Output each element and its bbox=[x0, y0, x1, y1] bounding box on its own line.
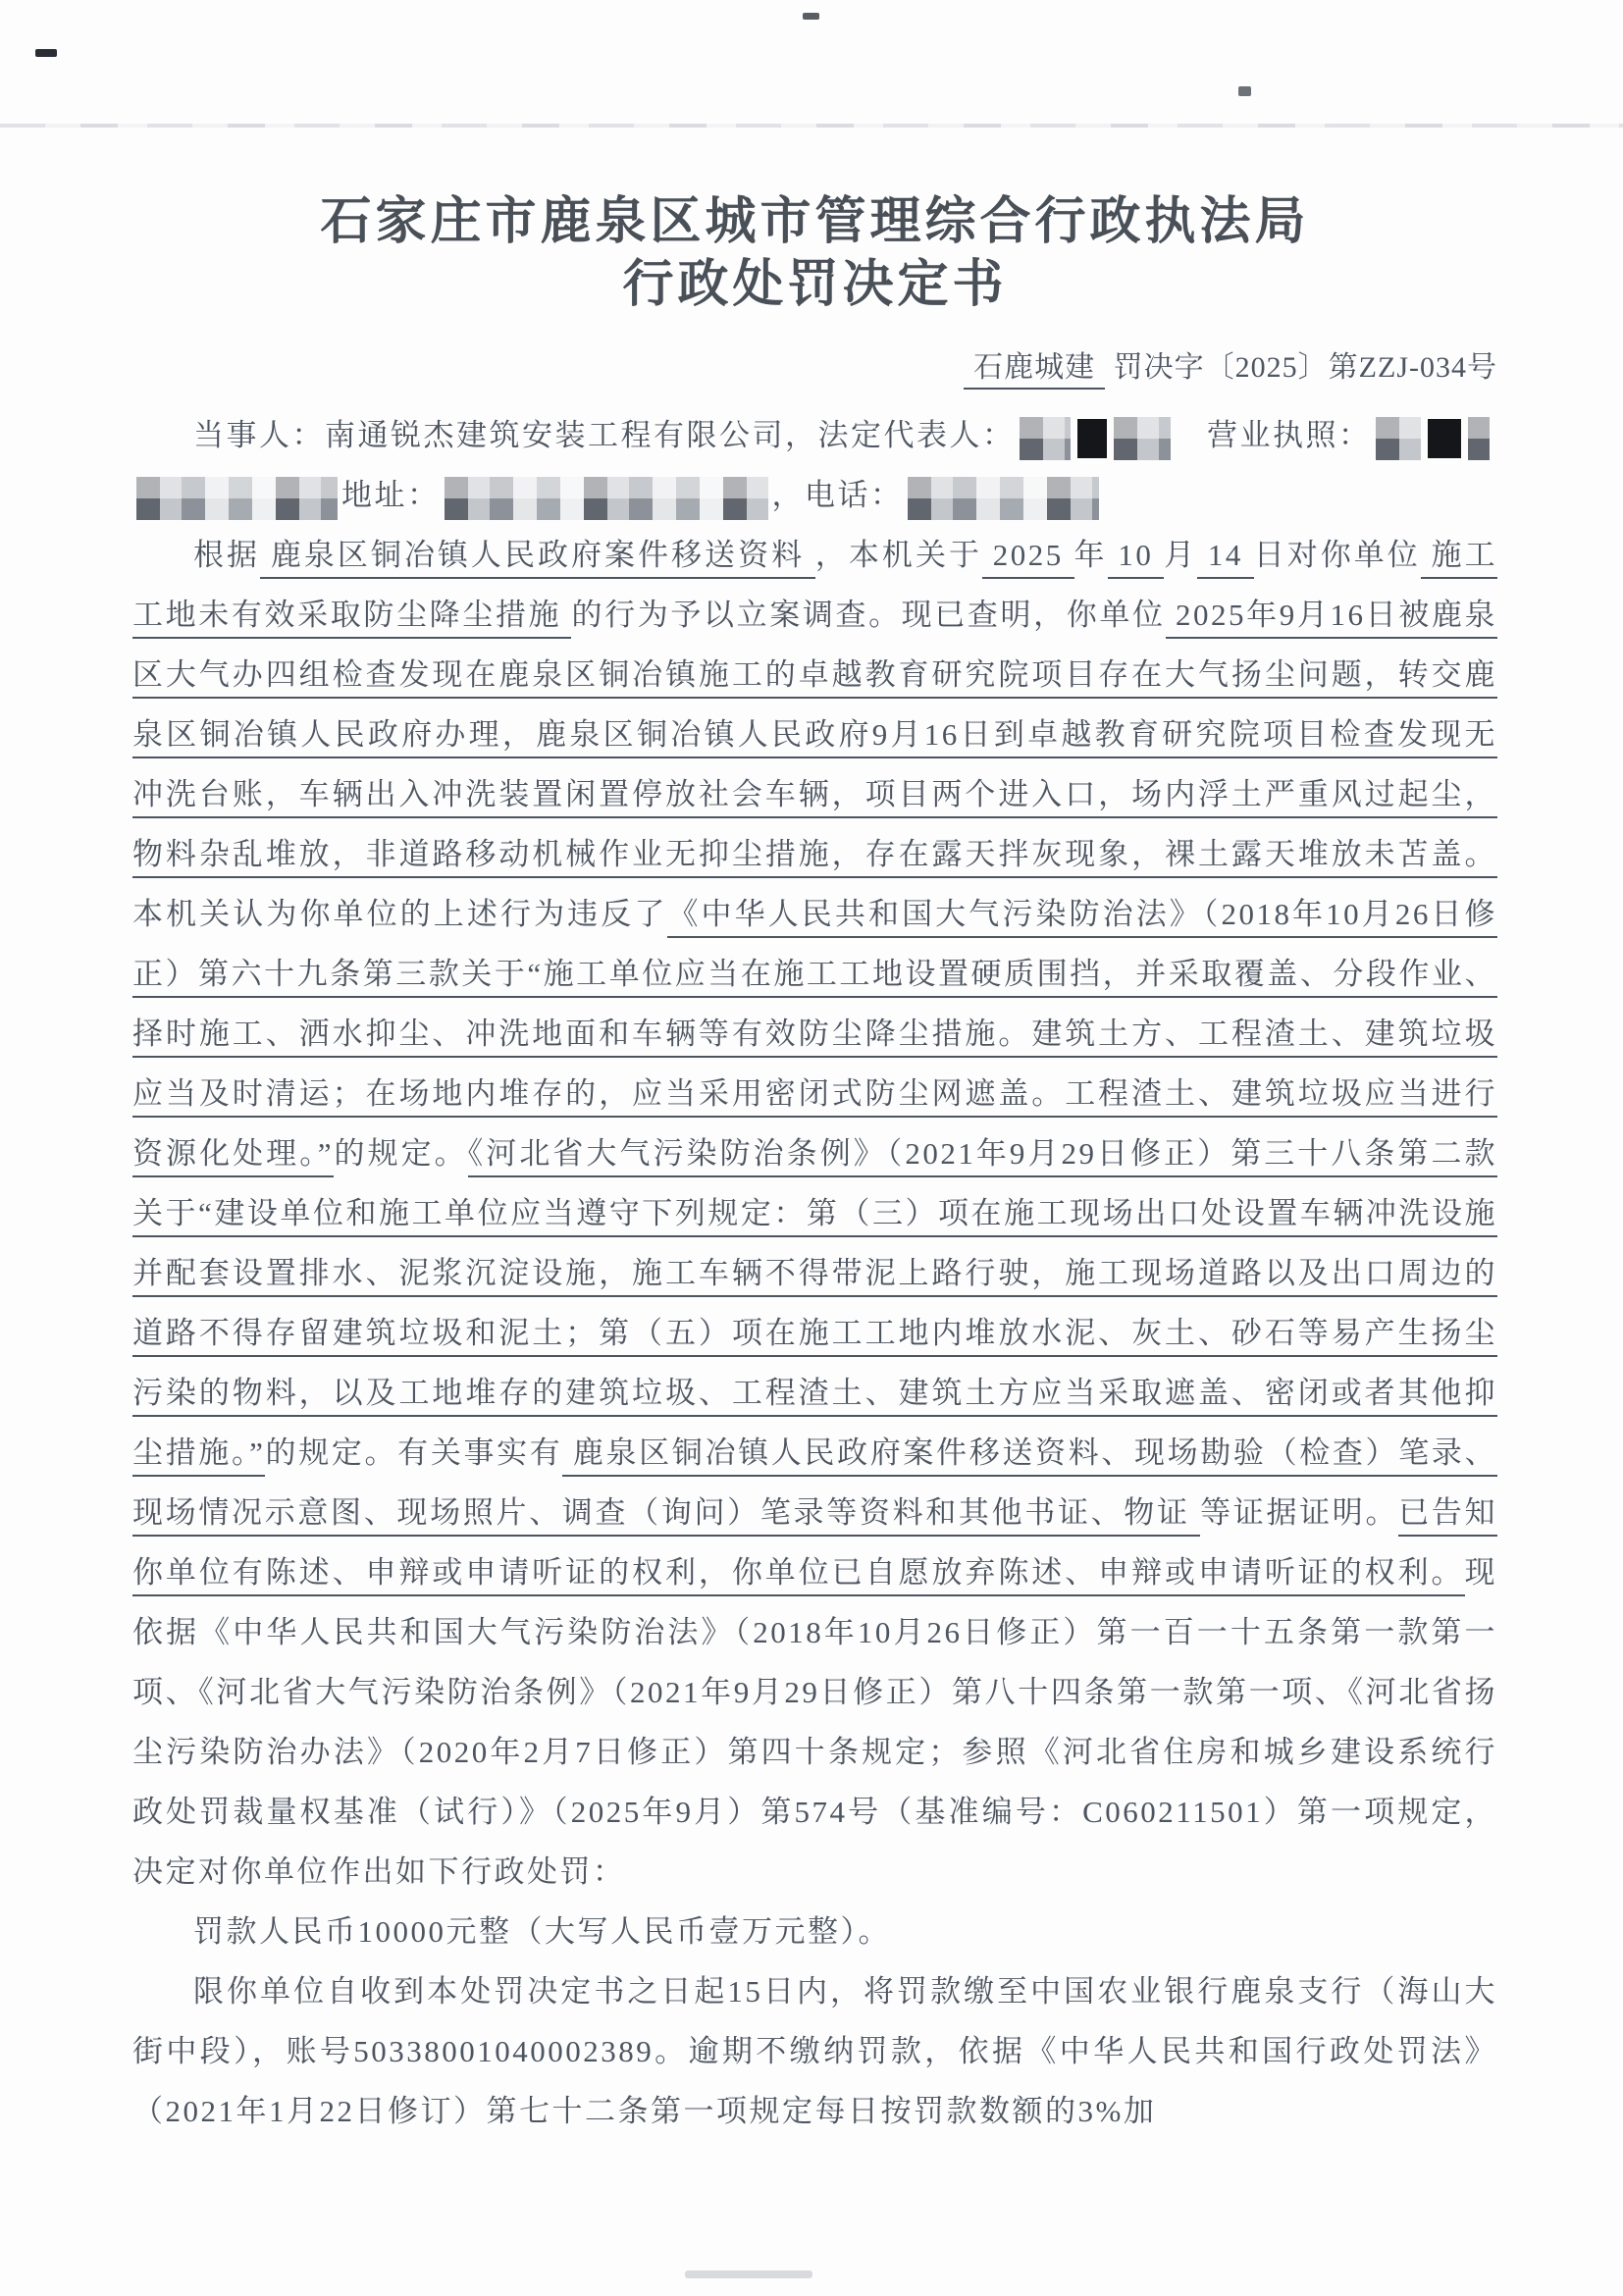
scan-artifact-mark bbox=[35, 49, 57, 57]
title-line-2: 行政处罚决定书 bbox=[132, 254, 1497, 317]
text-segment: 的规定。 bbox=[334, 1136, 468, 1171]
underlined-text-segment: 10 bbox=[1108, 538, 1165, 579]
redaction-mosaic bbox=[908, 477, 1099, 520]
redaction-mosaic bbox=[1376, 417, 1421, 460]
document-number: 石鹿城建 罚决字〔2025〕第ZZJ-034号 bbox=[132, 342, 1497, 386]
text-segment: 本机关认为你单位的上述行为违反了 bbox=[132, 897, 667, 931]
text-segment: 等证据证明。 bbox=[1200, 1495, 1398, 1530]
scan-artifact-line bbox=[0, 124, 1623, 128]
text-segment: 月 bbox=[1164, 538, 1197, 572]
redaction-black-block bbox=[1077, 419, 1107, 458]
redaction-mosaic bbox=[1468, 417, 1490, 460]
scan-artifact-mark bbox=[803, 13, 819, 20]
body-paragraph: 根据 鹿泉区铜冶镇人民政府案件移送资料 ，本机关于 2025 年 10 月 14… bbox=[132, 525, 1497, 1902]
text-segment: 限你单位自收到本处罚决定书之日起15日内，将罚款缴至中国农业银行鹿泉支行（海山大… bbox=[132, 1974, 1497, 2128]
redaction-mosaic bbox=[445, 477, 768, 520]
underlined-text-segment: 2025年9月16日被鹿泉区大气办四组检查发现在鹿泉区铜冶镇施工的卓越教育研究院… bbox=[132, 598, 1497, 878]
text-segment: 的行为予以立案调查。现已查明，你单位 bbox=[571, 598, 1165, 632]
text-segment: 罚款人民币10000元整（大写人民币壹万元整）。 bbox=[193, 1914, 891, 1949]
underlined-text-segment: 14 bbox=[1197, 538, 1254, 579]
text-segment: ，电话： bbox=[772, 478, 904, 512]
underlined-text-segment: 2025 bbox=[982, 538, 1074, 579]
doc-number-agency-code: 石鹿城建 bbox=[964, 351, 1105, 390]
text-segment: 现依据《中华人民共和国大气污染防治法》（2018年10月26日修正）第一百一十五… bbox=[132, 1555, 1497, 1889]
redaction-mosaic bbox=[136, 477, 338, 520]
scan-artifact-mark bbox=[685, 2270, 812, 2278]
scanned-document-page: 石家庄市鹿泉区城市管理综合行政执法局 行政处罚决定书 石鹿城建 罚决字〔2025… bbox=[0, 0, 1623, 2296]
scan-artifact-mark bbox=[1238, 86, 1251, 96]
body-paragraph: 限你单位自收到本处罚决定书之日起15日内，将罚款缴至中国农业银行鹿泉支行（海山大… bbox=[132, 1961, 1497, 2141]
text-segment: ，本机关于 bbox=[815, 538, 982, 572]
document-title: 石家庄市鹿泉区城市管理综合行政执法局 行政处罚决定书 bbox=[132, 191, 1497, 317]
body-paragraph: 罚款人民币10000元整（大写人民币壹万元整）。 bbox=[132, 1902, 1497, 1961]
doc-number-serial: 罚决字〔2025〕第ZZJ-034号 bbox=[1114, 351, 1497, 384]
redaction-mosaic bbox=[1114, 417, 1171, 460]
text-segment: 根据 bbox=[193, 538, 260, 572]
underlined-text-segment: 《河北省大气污染防治条例》（2021年9月29日修正）第三十八条第二款关于“建设… bbox=[132, 1136, 1497, 1477]
underlined-text-segment: 鹿泉区铜冶镇人民政府案件移送资料 bbox=[260, 538, 815, 579]
redaction-mosaic bbox=[1020, 417, 1071, 460]
text-segment: 当事人：南通锐杰建筑安装工程有限公司，法定代表人： bbox=[193, 418, 1016, 452]
text-segment: 日对你单位 bbox=[1254, 538, 1421, 572]
document-content: 石家庄市鹿泉区城市管理综合行政执法局 行政处罚决定书 石鹿城建 罚决字〔2025… bbox=[132, 191, 1497, 2141]
text-segment: 的规定。有关事实有 bbox=[265, 1435, 562, 1470]
redaction-black-block bbox=[1428, 419, 1461, 458]
document-body: 当事人：南通锐杰建筑安装工程有限公司，法定代表人： 营业执照：地址：，电话：根据… bbox=[132, 405, 1497, 2141]
text-segment: 营业执照： bbox=[1175, 418, 1372, 452]
title-line-1: 石家庄市鹿泉区城市管理综合行政执法局 bbox=[132, 191, 1497, 254]
text-segment: 年 bbox=[1074, 538, 1108, 572]
body-paragraph: 地址：，电话： bbox=[132, 465, 1497, 525]
text-segment: 地址： bbox=[341, 478, 441, 512]
body-paragraph: 当事人：南通锐杰建筑安装工程有限公司，法定代表人： 营业执照： bbox=[132, 405, 1497, 465]
